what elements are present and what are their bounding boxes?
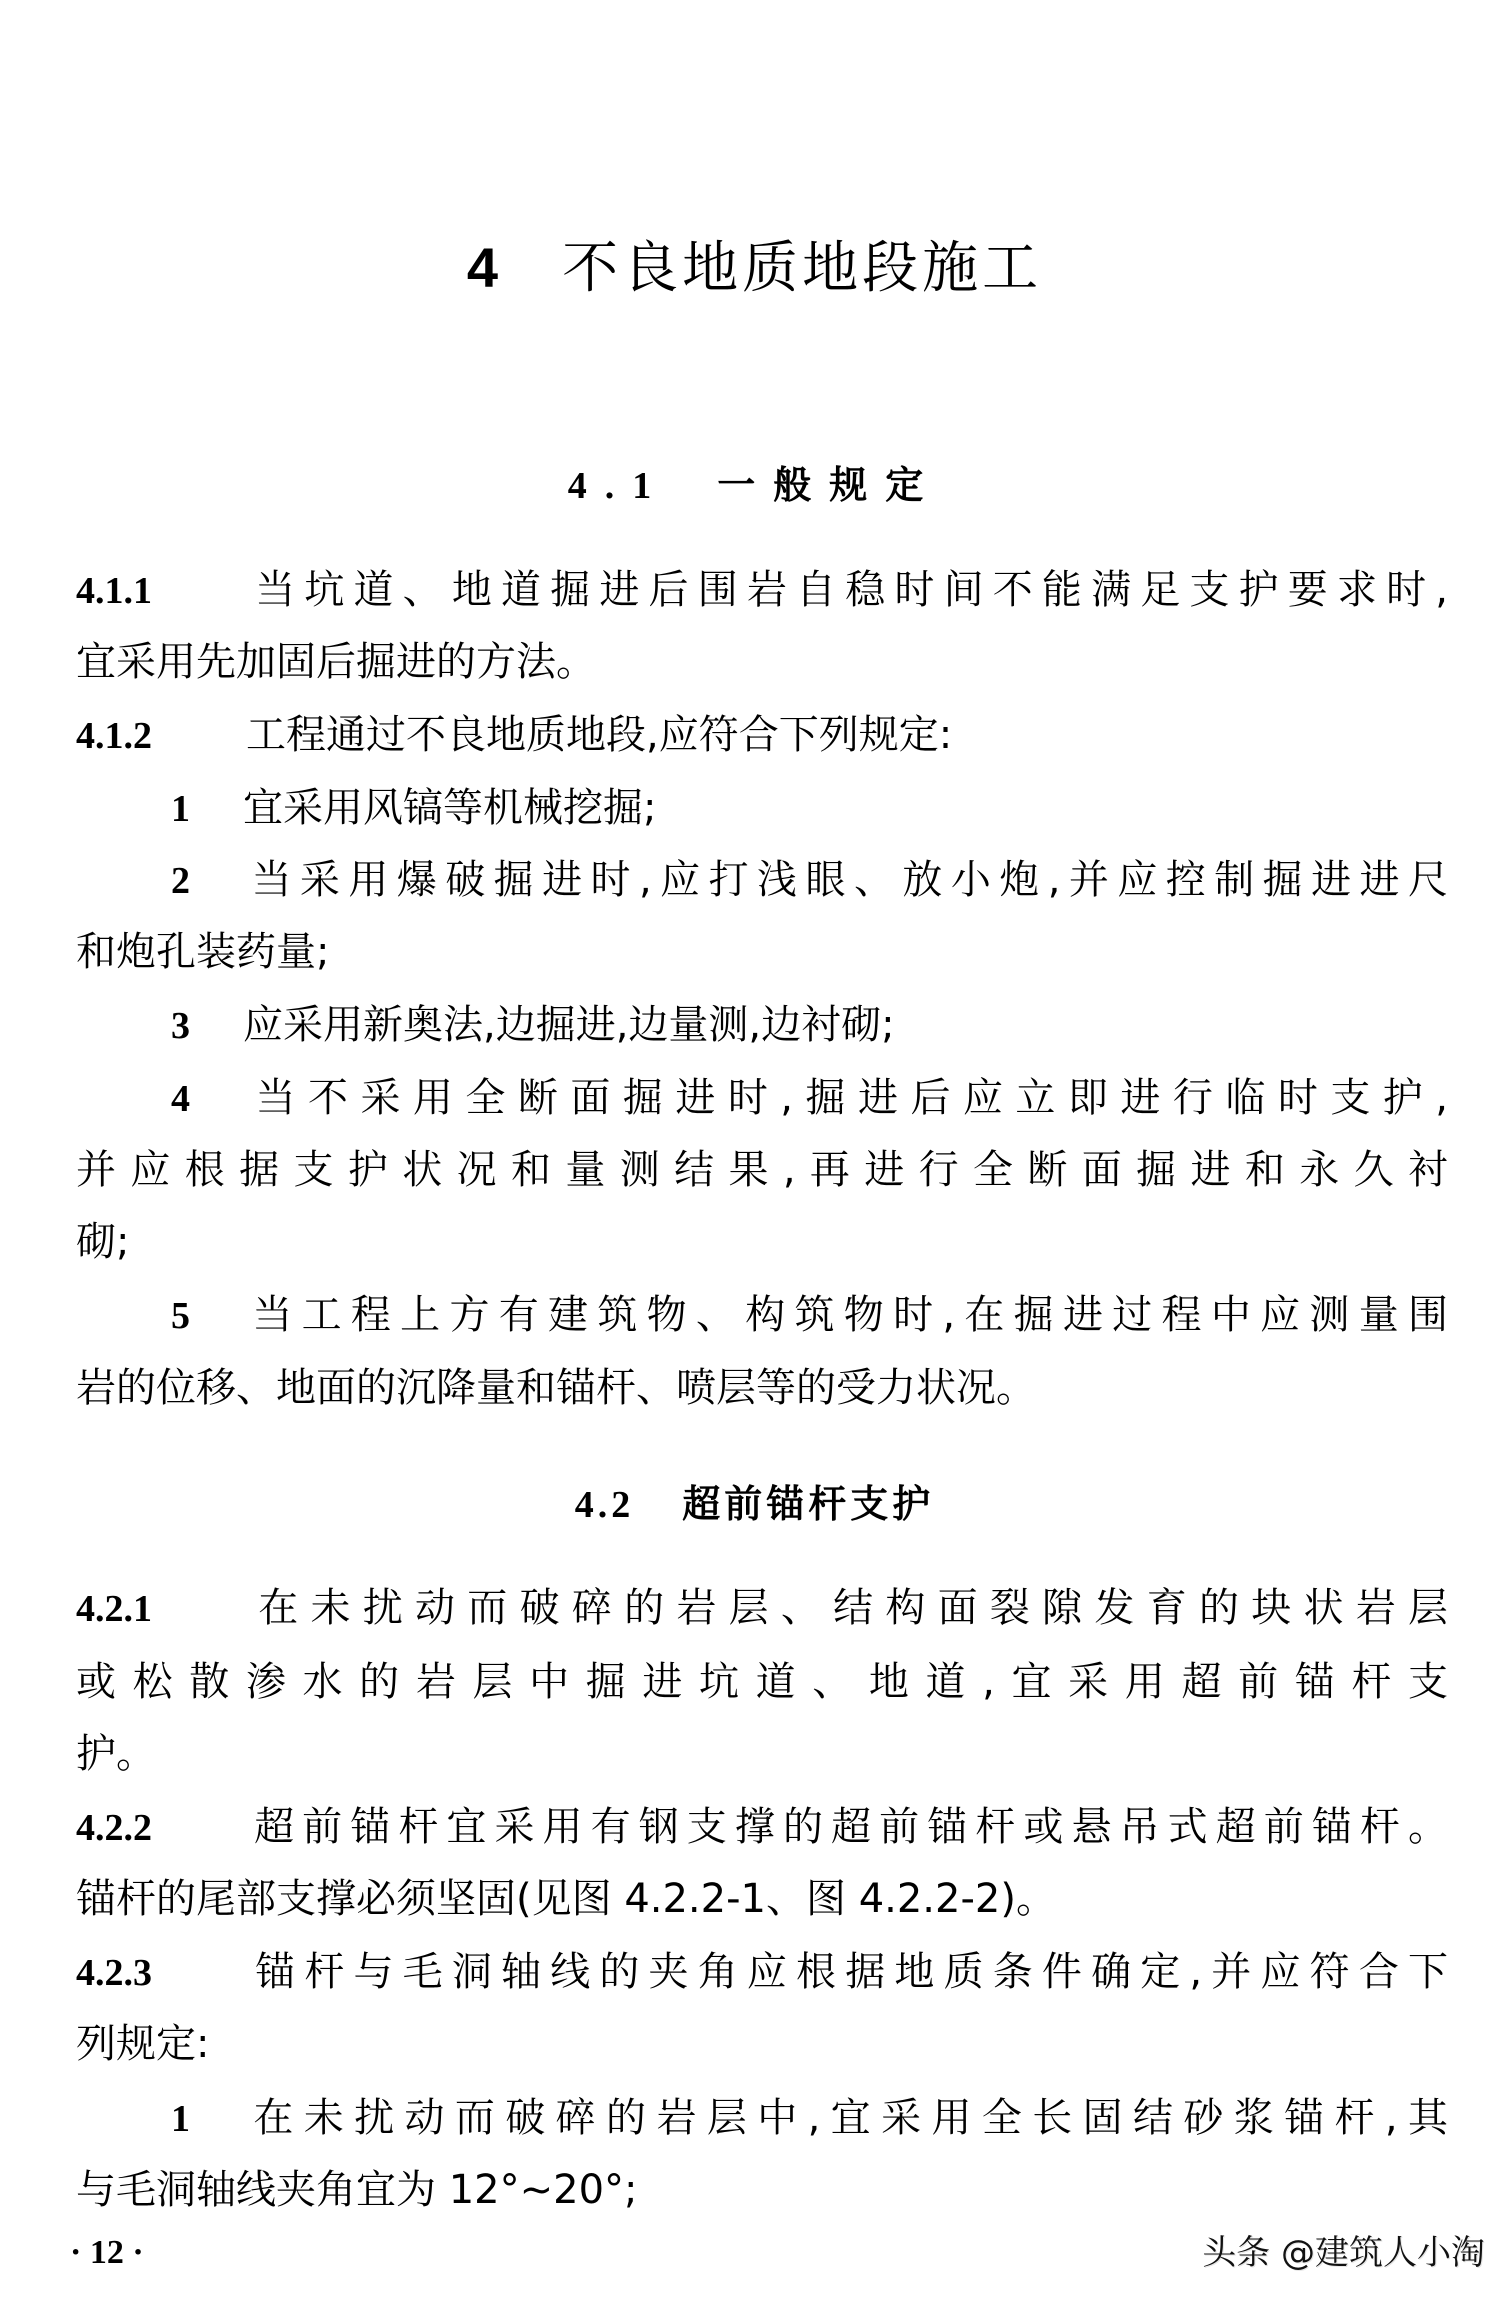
clause-4-2-3-line-2: 列规定: bbox=[76, 2014, 1448, 2074]
chapter-title-text: 不良地质地段施工 bbox=[562, 236, 1042, 301]
section-heading-4-2: 4.2超前锚杆支护 bbox=[0, 1474, 1509, 1535]
clause-number: 4.1.1 bbox=[76, 561, 246, 621]
item-number: 1 bbox=[171, 2089, 243, 2149]
watermark-text: 头条 @建筑人小淘 bbox=[1202, 2228, 1485, 2278]
clause-4-1-2-item-1: 1宜采用风镐等机械挖掘; bbox=[76, 778, 1448, 838]
document-page: 4不良地质地段施工 4.1一般规定 4.1.1当坑道、地道掘进后围岩自稳时间不能… bbox=[0, 0, 1509, 2300]
clause-4-1-2-item-3: 3应采用新奥法,边掘进,边量测,边衬砌; bbox=[76, 995, 1448, 1055]
clause-number: 4.2.1 bbox=[76, 1579, 246, 1639]
item-text: 当采用爆破掘进时,应打浅眼、放小炮,并应控制掘进进尺 bbox=[243, 857, 1448, 903]
clause-text: 工程通过不良地质地段,应符合下列规定: bbox=[246, 712, 952, 758]
clause-4-2-1-line-1: 4.2.1在未扰动而破碎的岩层、结构面裂隙发育的块状岩层 bbox=[76, 1578, 1448, 1638]
clause-4-1-2-item-4-line-1: 4当不采用全断面掘进时,掘进后应立即进行临时支护, bbox=[76, 1068, 1448, 1128]
item-text: 在未扰动而破碎的岩层中,宜采用全长固结砂浆锚杆,其 bbox=[243, 2095, 1448, 2141]
item-number: 1 bbox=[171, 779, 243, 839]
clause-4-1-2-item-5-line-2: 岩的位移、地面的沉降量和锚杆、喷层等的受力状况。 bbox=[76, 1358, 1448, 1418]
clause-4-1-2-item-5-line-1: 5当工程上方有建筑物、构筑物时,在掘进过程中应测量围 bbox=[76, 1285, 1448, 1345]
clause-text: 超前锚杆宜采用有钢支撑的超前锚杆或悬吊式超前锚杆。 bbox=[246, 1804, 1448, 1850]
section-number: 4.1 bbox=[568, 465, 670, 507]
clause-number: 4.1.2 bbox=[76, 706, 246, 766]
item-number: 4 bbox=[171, 1069, 243, 1129]
item-number: 3 bbox=[171, 996, 243, 1056]
clause-4-2-3-item-1-line-2: 与毛洞轴线夹角宜为 12°~20°; bbox=[76, 2160, 1448, 2220]
item-text: 当不采用全断面掘进时,掘进后应立即进行临时支护, bbox=[243, 1075, 1448, 1121]
clause-text: 在未扰动而破碎的岩层、结构面裂隙发育的块状岩层 bbox=[246, 1585, 1448, 1631]
clause-4-1-2-item-2-line-1: 2当采用爆破掘进时,应打浅眼、放小炮,并应控制掘进进尺 bbox=[76, 850, 1448, 910]
clause-4-2-1-line-2: 或松散渗水的岩层中掘进坑道、地道,宜采用超前锚杆支 bbox=[76, 1652, 1448, 1712]
clause-number: 4.2.3 bbox=[76, 1943, 246, 2003]
clause-4-2-2-line-2: 锚杆的尾部支撑必须坚固(见图 4.2.2-1、图 4.2.2-2)。 bbox=[76, 1869, 1448, 1929]
page-number: · 12 · bbox=[70, 2228, 144, 2278]
clause-4-2-3-line-1: 4.2.3锚杆与毛洞轴线的夹角应根据地质条件确定,并应符合下 bbox=[76, 1942, 1448, 2002]
section-heading-4-1: 4.1一般规定 bbox=[0, 455, 1509, 516]
clause-4-1-2-line-1: 4.1.2工程通过不良地质地段,应符合下列规定: bbox=[76, 705, 1448, 765]
clause-text: 当坑道、地道掘进后围岩自稳时间不能满足支护要求时, bbox=[246, 567, 1448, 613]
clause-4-2-1-line-3: 护。 bbox=[76, 1724, 1448, 1784]
clause-4-2-2-line-1: 4.2.2超前锚杆宜采用有钢支撑的超前锚杆或悬吊式超前锚杆。 bbox=[76, 1797, 1448, 1857]
section-title: 一般规定 bbox=[717, 463, 941, 507]
item-number: 5 bbox=[171, 1286, 243, 1346]
section-number: 4.2 bbox=[575, 1484, 635, 1526]
item-number: 2 bbox=[171, 851, 243, 911]
clause-4-1-1-line-2: 宜采用先加固后掘进的方法。 bbox=[76, 632, 1448, 692]
clause-number: 4.2.2 bbox=[76, 1798, 246, 1858]
clause-4-1-2-item-4-line-3: 砌; bbox=[76, 1212, 1448, 1272]
item-text: 应采用新奥法,边掘进,边量测,边衬砌; bbox=[243, 1002, 895, 1048]
chapter-number: 4 bbox=[467, 236, 502, 299]
clause-4-2-3-item-1-line-1: 1在未扰动而破碎的岩层中,宜采用全长固结砂浆锚杆,其 bbox=[76, 2088, 1448, 2148]
clause-4-1-2-item-4-line-2: 并应根据支护状况和量测结果,再进行全断面掘进和永久衬 bbox=[76, 1140, 1448, 1200]
section-title: 超前锚杆支护 bbox=[682, 1482, 934, 1526]
clause-4-1-1-line-1: 4.1.1当坑道、地道掘进后围岩自稳时间不能满足支护要求时, bbox=[76, 560, 1448, 620]
clause-text: 锚杆与毛洞轴线的夹角应根据地质条件确定,并应符合下 bbox=[246, 1949, 1448, 1995]
clause-4-1-2-item-2-line-2: 和炮孔装药量; bbox=[76, 922, 1448, 982]
item-text: 宜采用风镐等机械挖掘; bbox=[243, 785, 656, 831]
chapter-title: 4不良地质地段施工 bbox=[0, 228, 1509, 309]
item-text: 当工程上方有建筑物、构筑物时,在掘进过程中应测量围 bbox=[243, 1292, 1448, 1338]
